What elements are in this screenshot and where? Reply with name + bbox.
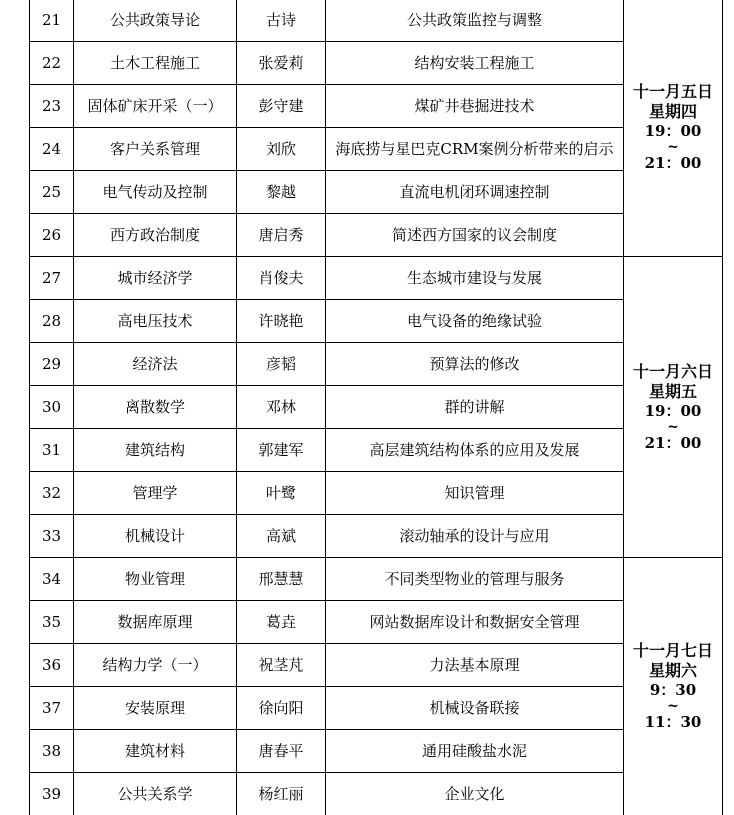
table-row: 27城市经济学肖俊夫生态城市建设与发展十一月六日星期五19：00~21：00 — [30, 257, 723, 300]
schedule-end-time: 11：30 — [626, 713, 720, 732]
teacher-name-cell: 刘欣 — [237, 128, 326, 171]
course-name-cell: 管理学 — [74, 472, 237, 515]
teacher-name-cell: 邓林 — [237, 386, 326, 429]
topic-cell: 群的讲解 — [326, 386, 624, 429]
teacher-name-cell: 徐向阳 — [237, 687, 326, 730]
table-row: 31建筑结构郭建军高层建筑结构体系的应用及发展 — [30, 429, 723, 472]
row-number-cell: 31 — [30, 429, 74, 472]
course-name-cell: 客户关系管理 — [74, 128, 237, 171]
topic-cell: 通用硅酸盐水泥 — [326, 730, 624, 773]
teacher-name-cell: 张爱莉 — [237, 42, 326, 85]
table-row: 36结构力学（一）祝茎芃力法基本原理 — [30, 644, 723, 687]
course-name-cell: 安装原理 — [74, 687, 237, 730]
row-number-cell: 37 — [30, 687, 74, 730]
course-name-cell: 公共政策导论 — [74, 0, 237, 42]
row-number-cell: 39 — [30, 773, 74, 815]
row-number-cell: 32 — [30, 472, 74, 515]
course-name-cell: 物业管理 — [74, 558, 237, 601]
topic-cell: 公共政策监控与调整 — [326, 0, 624, 42]
course-name-cell: 建筑材料 — [74, 730, 237, 773]
schedule-datetime-cell: 十一月五日星期四19：00~21：00 — [624, 0, 723, 257]
teacher-name-cell: 叶鹭 — [237, 472, 326, 515]
teacher-name-cell: 邢慧慧 — [237, 558, 326, 601]
schedule-date: 十一月七日 — [626, 641, 720, 661]
course-name-cell: 离散数学 — [74, 386, 237, 429]
teacher-name-cell: 许晓艳 — [237, 300, 326, 343]
teacher-name-cell: 古诗 — [237, 0, 326, 42]
schedule-tilde-icon: ~ — [626, 141, 720, 154]
row-number-cell: 24 — [30, 128, 74, 171]
row-number-cell: 35 — [30, 601, 74, 644]
table-row: 38建筑材料唐春平通用硅酸盐水泥 — [30, 730, 723, 773]
row-number-cell: 28 — [30, 300, 74, 343]
course-name-cell: 经济法 — [74, 343, 237, 386]
row-number-cell: 21 — [30, 0, 74, 42]
table-row: 37安装原理徐向阳机械设备联接 — [30, 687, 723, 730]
teacher-name-cell: 唐启秀 — [237, 214, 326, 257]
topic-cell: 滚动轴承的设计与应用 — [326, 515, 624, 558]
row-number-cell: 34 — [30, 558, 74, 601]
teacher-name-cell: 彦韬 — [237, 343, 326, 386]
row-number-cell: 38 — [30, 730, 74, 773]
teacher-name-cell: 肖俊夫 — [237, 257, 326, 300]
table-row: 30离散数学邓林群的讲解 — [30, 386, 723, 429]
topic-cell: 知识管理 — [326, 472, 624, 515]
schedule-start-time: 19：00 — [626, 402, 720, 421]
course-schedule-table: 21公共政策导论古诗公共政策监控与调整十一月五日星期四19：00~21：0022… — [29, 0, 723, 815]
row-number-cell: 29 — [30, 343, 74, 386]
table-row: 21公共政策导论古诗公共政策监控与调整十一月五日星期四19：00~21：00 — [30, 0, 723, 42]
table-row: 35数据库原理葛垚网站数据库设计和数据安全管理 — [30, 601, 723, 644]
table-row: 26西方政治制度唐启秀简述西方国家的议会制度 — [30, 214, 723, 257]
schedule-end-time: 21：00 — [626, 434, 720, 453]
course-name-cell: 土木工程施工 — [74, 42, 237, 85]
topic-cell: 企业文化 — [326, 773, 624, 815]
table-row: 28高电压技术许晓艳电气设备的绝缘试验 — [30, 300, 723, 343]
course-name-cell: 机械设计 — [74, 515, 237, 558]
row-number-cell: 25 — [30, 171, 74, 214]
topic-cell: 煤矿井巷掘进技术 — [326, 85, 624, 128]
table-row: 25电气传动及控制黎越直流电机闭环调速控制 — [30, 171, 723, 214]
schedule-date: 十一月五日 — [626, 82, 720, 102]
teacher-name-cell: 葛垚 — [237, 601, 326, 644]
schedule-tilde-icon: ~ — [626, 700, 720, 713]
course-name-cell: 高电压技术 — [74, 300, 237, 343]
table-row: 29经济法彦韬预算法的修改 — [30, 343, 723, 386]
schedule-tilde-icon: ~ — [626, 421, 720, 434]
topic-cell: 力法基本原理 — [326, 644, 624, 687]
teacher-name-cell: 彭守建 — [237, 85, 326, 128]
table-row: 23固体矿床开采（一）彭守建煤矿井巷掘进技术 — [30, 85, 723, 128]
topic-cell: 结构安装工程施工 — [326, 42, 624, 85]
course-name-cell: 城市经济学 — [74, 257, 237, 300]
topic-cell: 不同类型物业的管理与服务 — [326, 558, 624, 601]
teacher-name-cell: 黎越 — [237, 171, 326, 214]
schedule-weekday: 星期五 — [626, 382, 720, 402]
row-number-cell: 27 — [30, 257, 74, 300]
course-name-cell: 结构力学（一） — [74, 644, 237, 687]
row-number-cell: 30 — [30, 386, 74, 429]
schedule-datetime-cell: 十一月六日星期五19：00~21：00 — [624, 257, 723, 558]
topic-cell: 网站数据库设计和数据安全管理 — [326, 601, 624, 644]
schedule-weekday: 星期六 — [626, 661, 720, 681]
schedule-page: 21公共政策导论古诗公共政策监控与调整十一月五日星期四19：00~21：0022… — [0, 0, 734, 815]
topic-cell: 机械设备联接 — [326, 687, 624, 730]
course-name-cell: 数据库原理 — [74, 601, 237, 644]
table-row: 32管理学叶鹭知识管理 — [30, 472, 723, 515]
topic-cell: 电气设备的绝缘试验 — [326, 300, 624, 343]
course-name-cell: 建筑结构 — [74, 429, 237, 472]
row-number-cell: 33 — [30, 515, 74, 558]
course-name-cell: 电气传动及控制 — [74, 171, 237, 214]
topic-cell: 直流电机闭环调速控制 — [326, 171, 624, 214]
teacher-name-cell: 唐春平 — [237, 730, 326, 773]
teacher-name-cell: 祝茎芃 — [237, 644, 326, 687]
schedule-datetime-cell: 十一月七日星期六9：30~11：30 — [624, 558, 723, 815]
course-name-cell: 公共关系学 — [74, 773, 237, 815]
row-number-cell: 22 — [30, 42, 74, 85]
teacher-name-cell: 郭建军 — [237, 429, 326, 472]
course-name-cell: 西方政治制度 — [74, 214, 237, 257]
topic-cell: 生态城市建设与发展 — [326, 257, 624, 300]
schedule-end-time: 21：00 — [626, 154, 720, 173]
teacher-name-cell: 高斌 — [237, 515, 326, 558]
course-name-cell: 固体矿床开采（一） — [74, 85, 237, 128]
row-number-cell: 26 — [30, 214, 74, 257]
table-row: 34物业管理邢慧慧不同类型物业的管理与服务十一月七日星期六9：30~11：30 — [30, 558, 723, 601]
topic-cell: 高层建筑结构体系的应用及发展 — [326, 429, 624, 472]
topic-cell: 简述西方国家的议会制度 — [326, 214, 624, 257]
topic-cell: 海底捞与星巴克CRM案例分析带来的启示 — [326, 128, 624, 171]
table-row: 24客户关系管理刘欣海底捞与星巴克CRM案例分析带来的启示 — [30, 128, 723, 171]
table-row: 22土木工程施工张爱莉结构安装工程施工 — [30, 42, 723, 85]
topic-cell: 预算法的修改 — [326, 343, 624, 386]
schedule-date: 十一月六日 — [626, 362, 720, 382]
schedule-weekday: 星期四 — [626, 102, 720, 122]
table-row: 39公共关系学杨红丽企业文化 — [30, 773, 723, 815]
table-row: 33机械设计高斌滚动轴承的设计与应用 — [30, 515, 723, 558]
teacher-name-cell: 杨红丽 — [237, 773, 326, 815]
row-number-cell: 36 — [30, 644, 74, 687]
row-number-cell: 23 — [30, 85, 74, 128]
course-table-body: 21公共政策导论古诗公共政策监控与调整十一月五日星期四19：00~21：0022… — [30, 0, 723, 815]
